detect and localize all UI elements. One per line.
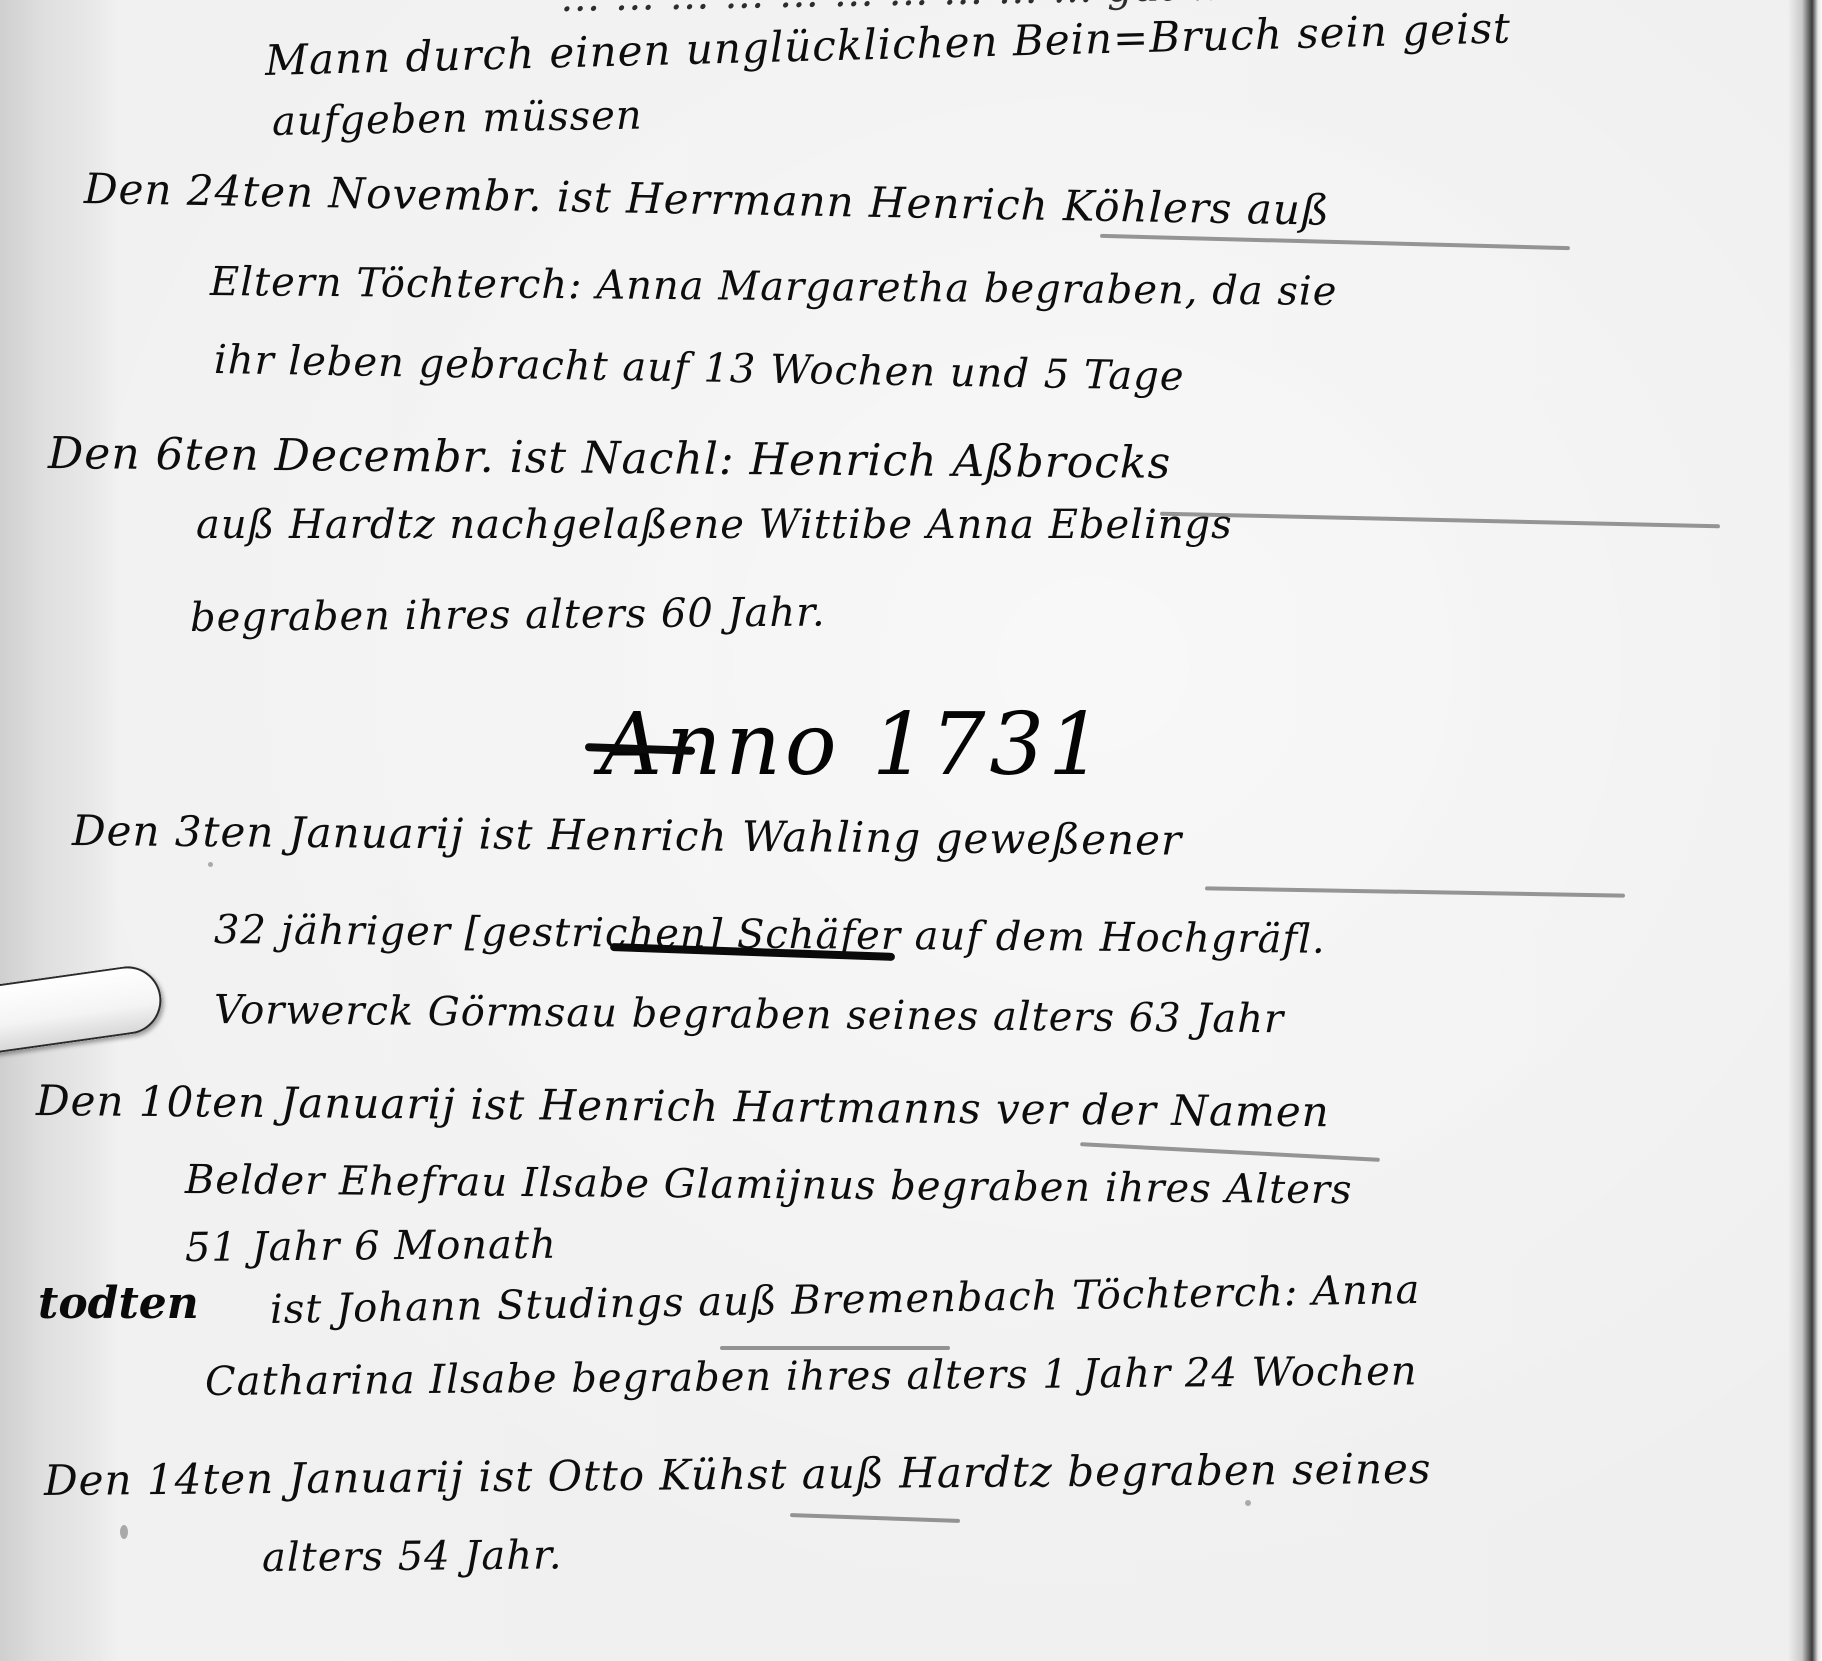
text-line-17: Den 14ten Januarij ist Otto Kühst auß Ha… — [44, 1448, 1432, 1502]
pencil-underline — [1100, 234, 1570, 250]
text-line-4: Eltern Töchterch: Anna Margaretha begrab… — [210, 262, 1338, 312]
text-line-16: Catharina Ilsabe begraben ihres alters 1… — [205, 1351, 1418, 1402]
text-line-9: Den 3ten Januarij ist Henrich Wahling ge… — [72, 810, 1182, 862]
year-heading: Anno 1731 — [600, 695, 1107, 795]
paper-speck — [1245, 1500, 1251, 1506]
text-line-11: Vorwerck Görmsau begraben seines alters … — [214, 990, 1284, 1039]
text-line-12: Den 10ten Januarij ist Henrich Hartmanns… — [36, 1080, 1330, 1133]
scanned-register-page: … … … … … … … … … … gut … Vater Mann dur… — [0, 0, 1822, 1661]
text-line-5: ihr leben gebracht auf 13 Wochen und 5 T… — [214, 340, 1185, 397]
text-line-14: 51 Jahr 6 Monath — [185, 1225, 557, 1268]
text-line-15: ist Johann Studings auß Bremenbach Töcht… — [270, 1270, 1421, 1330]
pencil-underline — [1160, 512, 1720, 529]
pencil-underline — [790, 1513, 960, 1523]
text-line-8: begraben ihres alters 60 Jahr. — [190, 592, 826, 638]
text-line-6: Den 6ten Decembr. ist Nachl: Henrich Aßb… — [48, 432, 1172, 486]
pencil-underline — [720, 1346, 950, 1350]
paper-speck — [208, 862, 213, 867]
text-line-18: alters 54 Jahr. — [262, 1535, 563, 1578]
page-right-edge — [1788, 0, 1822, 1661]
text-line-2: aufgeben müssen — [272, 96, 643, 142]
text-line-1: Mann durch einen unglücklichen Bein=Bruc… — [264, 7, 1511, 82]
text-line-7: auß Hardtz nachgelaßene Wittibe Anna Ebe… — [196, 505, 1233, 545]
paper-speck — [120, 1525, 128, 1539]
margin-note-todten: todten — [38, 1278, 199, 1329]
pencil-underline — [1080, 1142, 1380, 1162]
text-line-3: Den 24ten Novembr. ist Herrmann Henrich … — [84, 168, 1331, 232]
pencil-underline — [1205, 886, 1625, 897]
text-line-13: Belder Ehefrau Ilsabe Glamijnus begraben… — [185, 1160, 1353, 1210]
